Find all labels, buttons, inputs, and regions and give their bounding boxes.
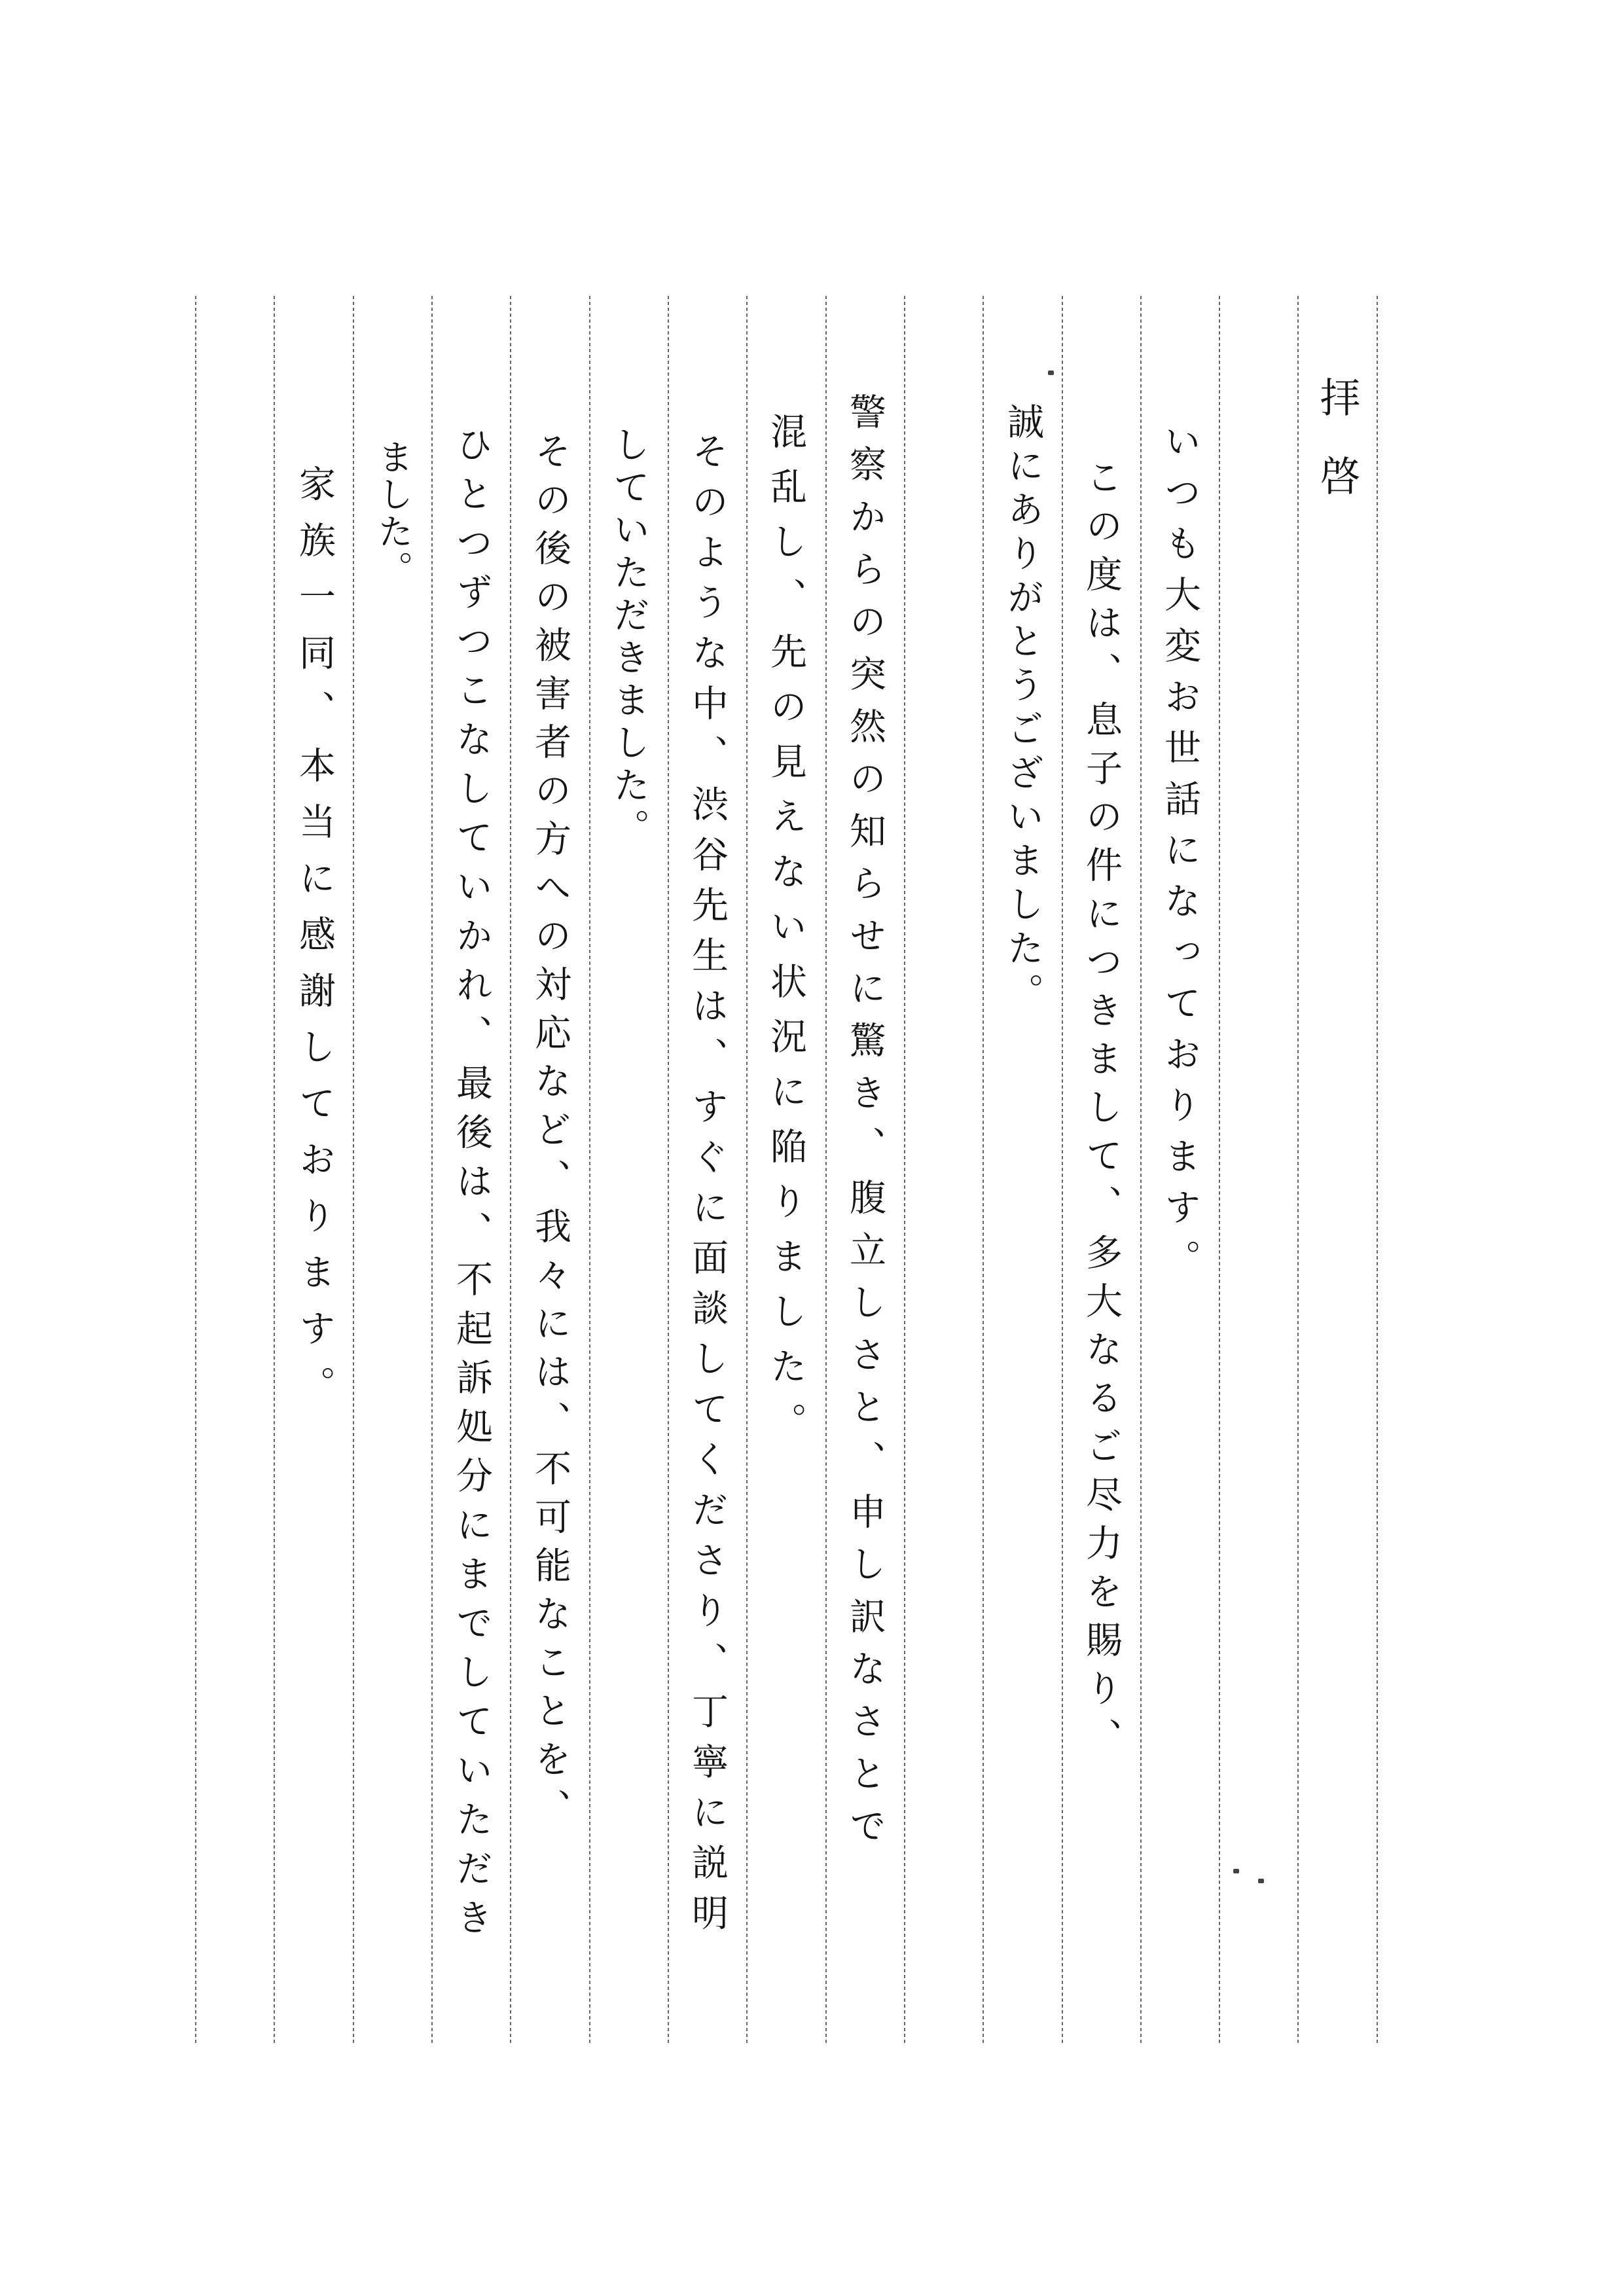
letter-page: 拝啓いつも大変お世話になっております。この度は、息子の件につきまして、多大なるご… <box>0 0 1624 2293</box>
letter-column-1: 拝啓 <box>1316 376 1357 533</box>
ruled-line-11 <box>983 296 984 2046</box>
scan-speck-3 <box>1048 370 1054 375</box>
ruled-line-7 <box>668 296 669 2046</box>
scan-speck-2 <box>1258 1879 1264 1883</box>
letter-column-7: そのような中、渋谷先生は、すぐに面談してくださり、丁寧に説明 <box>689 432 725 1944</box>
ruled-line-10 <box>904 296 905 2046</box>
letter-column-8: していただきました。 <box>610 425 647 851</box>
ruled-line-6 <box>589 296 590 2046</box>
ruled-line-1 <box>195 296 196 2046</box>
letter-column-4: 誠にありがとうございました。 <box>1004 403 1041 1017</box>
ruled-line-8 <box>746 296 748 2046</box>
ruled-line-2 <box>274 296 275 2046</box>
letter-column-2: いつも大変お世話になっております。 <box>1161 422 1198 1290</box>
letter-column-3: この度は、息子の件につきまして、多大なるご尽力を賜り、 <box>1083 458 1119 1766</box>
letter-column-5: 警察からの突然の知らせに驚き、腹立しさと、申し訳なさとで <box>846 393 883 1859</box>
scan-speck-1 <box>1233 1869 1239 1873</box>
ruled-line-16 <box>1377 296 1378 2046</box>
letter-column-12: 家族一同、本当に感謝しております。 <box>296 465 333 1422</box>
ruled-line-9 <box>825 296 827 2046</box>
letter-column-10: ひとつずつこなしていかれ、最後は、不起訴処分にまでしていただき <box>453 425 490 1947</box>
ruled-line-3 <box>353 296 354 2046</box>
letter-column-9: その後の被害者の方への対応など、我々には、不可能なことを、 <box>532 432 568 1837</box>
ruled-line-14 <box>1219 296 1220 2046</box>
ruled-line-13 <box>1140 296 1142 2046</box>
ruled-line-5 <box>510 296 511 2046</box>
ruled-line-4 <box>431 296 433 2046</box>
letter-column-11: ました。 <box>375 439 410 588</box>
ruled-line-15 <box>1297 296 1299 2046</box>
ruled-line-12 <box>1062 296 1063 2046</box>
letter-column-6: 混乱し、先の見えない状況に陥りました。 <box>767 412 804 1457</box>
